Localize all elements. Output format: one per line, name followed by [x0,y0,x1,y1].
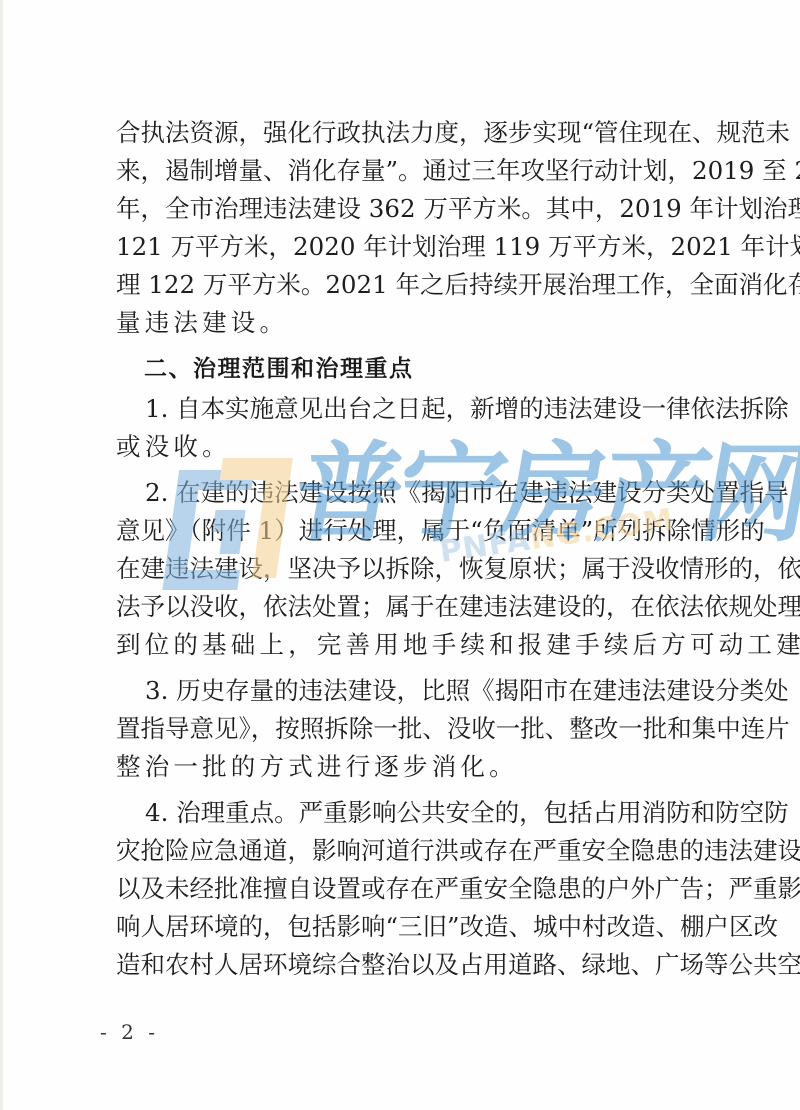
item-4-line-5: 造和农村人居环境综合整治以及占用道路、绿地、广场等公共空 [116,950,706,980]
item-4-line-4: 响人居环境的，包括影响“三旧”改造、城中村改造、棚户区改 [116,912,706,942]
item-2-line-4: 法予以没收，依法处置；属于在建违法建设的，在依法依规处理 [116,592,706,622]
section-heading: 二、治理范围和治理重点 [144,354,414,384]
intro-line-5: 理 122 万平方米。2021 年之后持续开展治理工作，全面消化存 [116,270,706,300]
item-4-line-2: 灾抢险应急通道，影响河道行洪或存在严重安全隐患的违法建设 [116,836,706,866]
item-2-line-5: 到位的基础上，完善用地手续和报建手续后方可动工建设。 [116,630,706,660]
item-1-line-1: 1. 自本实施意见出台之日起，新增的违法建设一律依法拆除 [145,394,706,424]
item-3-line-1: 3. 历史存量的违法建设，比照《揭阳市在建违法建设分类处 [145,676,706,706]
page-number: - 2 - [100,1020,159,1044]
item-2-line-3: 在建违法建设，坚决予以拆除，恢复原状；属于没收情形的，依 [116,554,706,584]
intro-line-6: 量违法建设。 [116,308,706,338]
item-4-line-3: 以及未经批准擅自设置或存在严重安全隐患的户外广告；严重影 [116,874,706,904]
item-4-line-1: 4. 治理重点。严重影响公共安全的，包括占用消防和防空防 [145,798,706,828]
intro-line-3: 年，全市治理违法建设 362 万平方米。其中，2019 年计划治理 [116,194,706,224]
item-3-line-3: 整治一批的方式进行逐步消化。 [116,752,706,782]
item-2-line-2: 意见》（附件 1）进行处理，属于“负面清单”所列拆除情形的 [116,516,706,546]
item-2-line-1: 2. 在建的违法建设按照《揭阳市在建违法建设分类处置指导 [145,478,706,508]
intro-line-1: 合执法资源，强化行政执法力度，逐步实现“管住现在、规范未 [116,118,706,148]
item-3-line-2: 置指导意见》，按照拆除一批、没收一批、整改一批和集中连片 [116,714,706,744]
intro-line-4: 121 万平方米，2020 年计划治理 119 万平方米，2021 年计划治 [116,232,706,262]
page-edge [0,0,3,1110]
item-1-line-2: 或没收。 [116,432,706,462]
document-page: 合执法资源，强化行政执法力度，逐步实现“管住现在、规范未 来，遏制增量、消化存量… [0,0,800,1110]
intro-line-2: 来，遏制增量、消化存量”。通过三年攻坚行动计划，2019 至 2021 [116,156,706,186]
